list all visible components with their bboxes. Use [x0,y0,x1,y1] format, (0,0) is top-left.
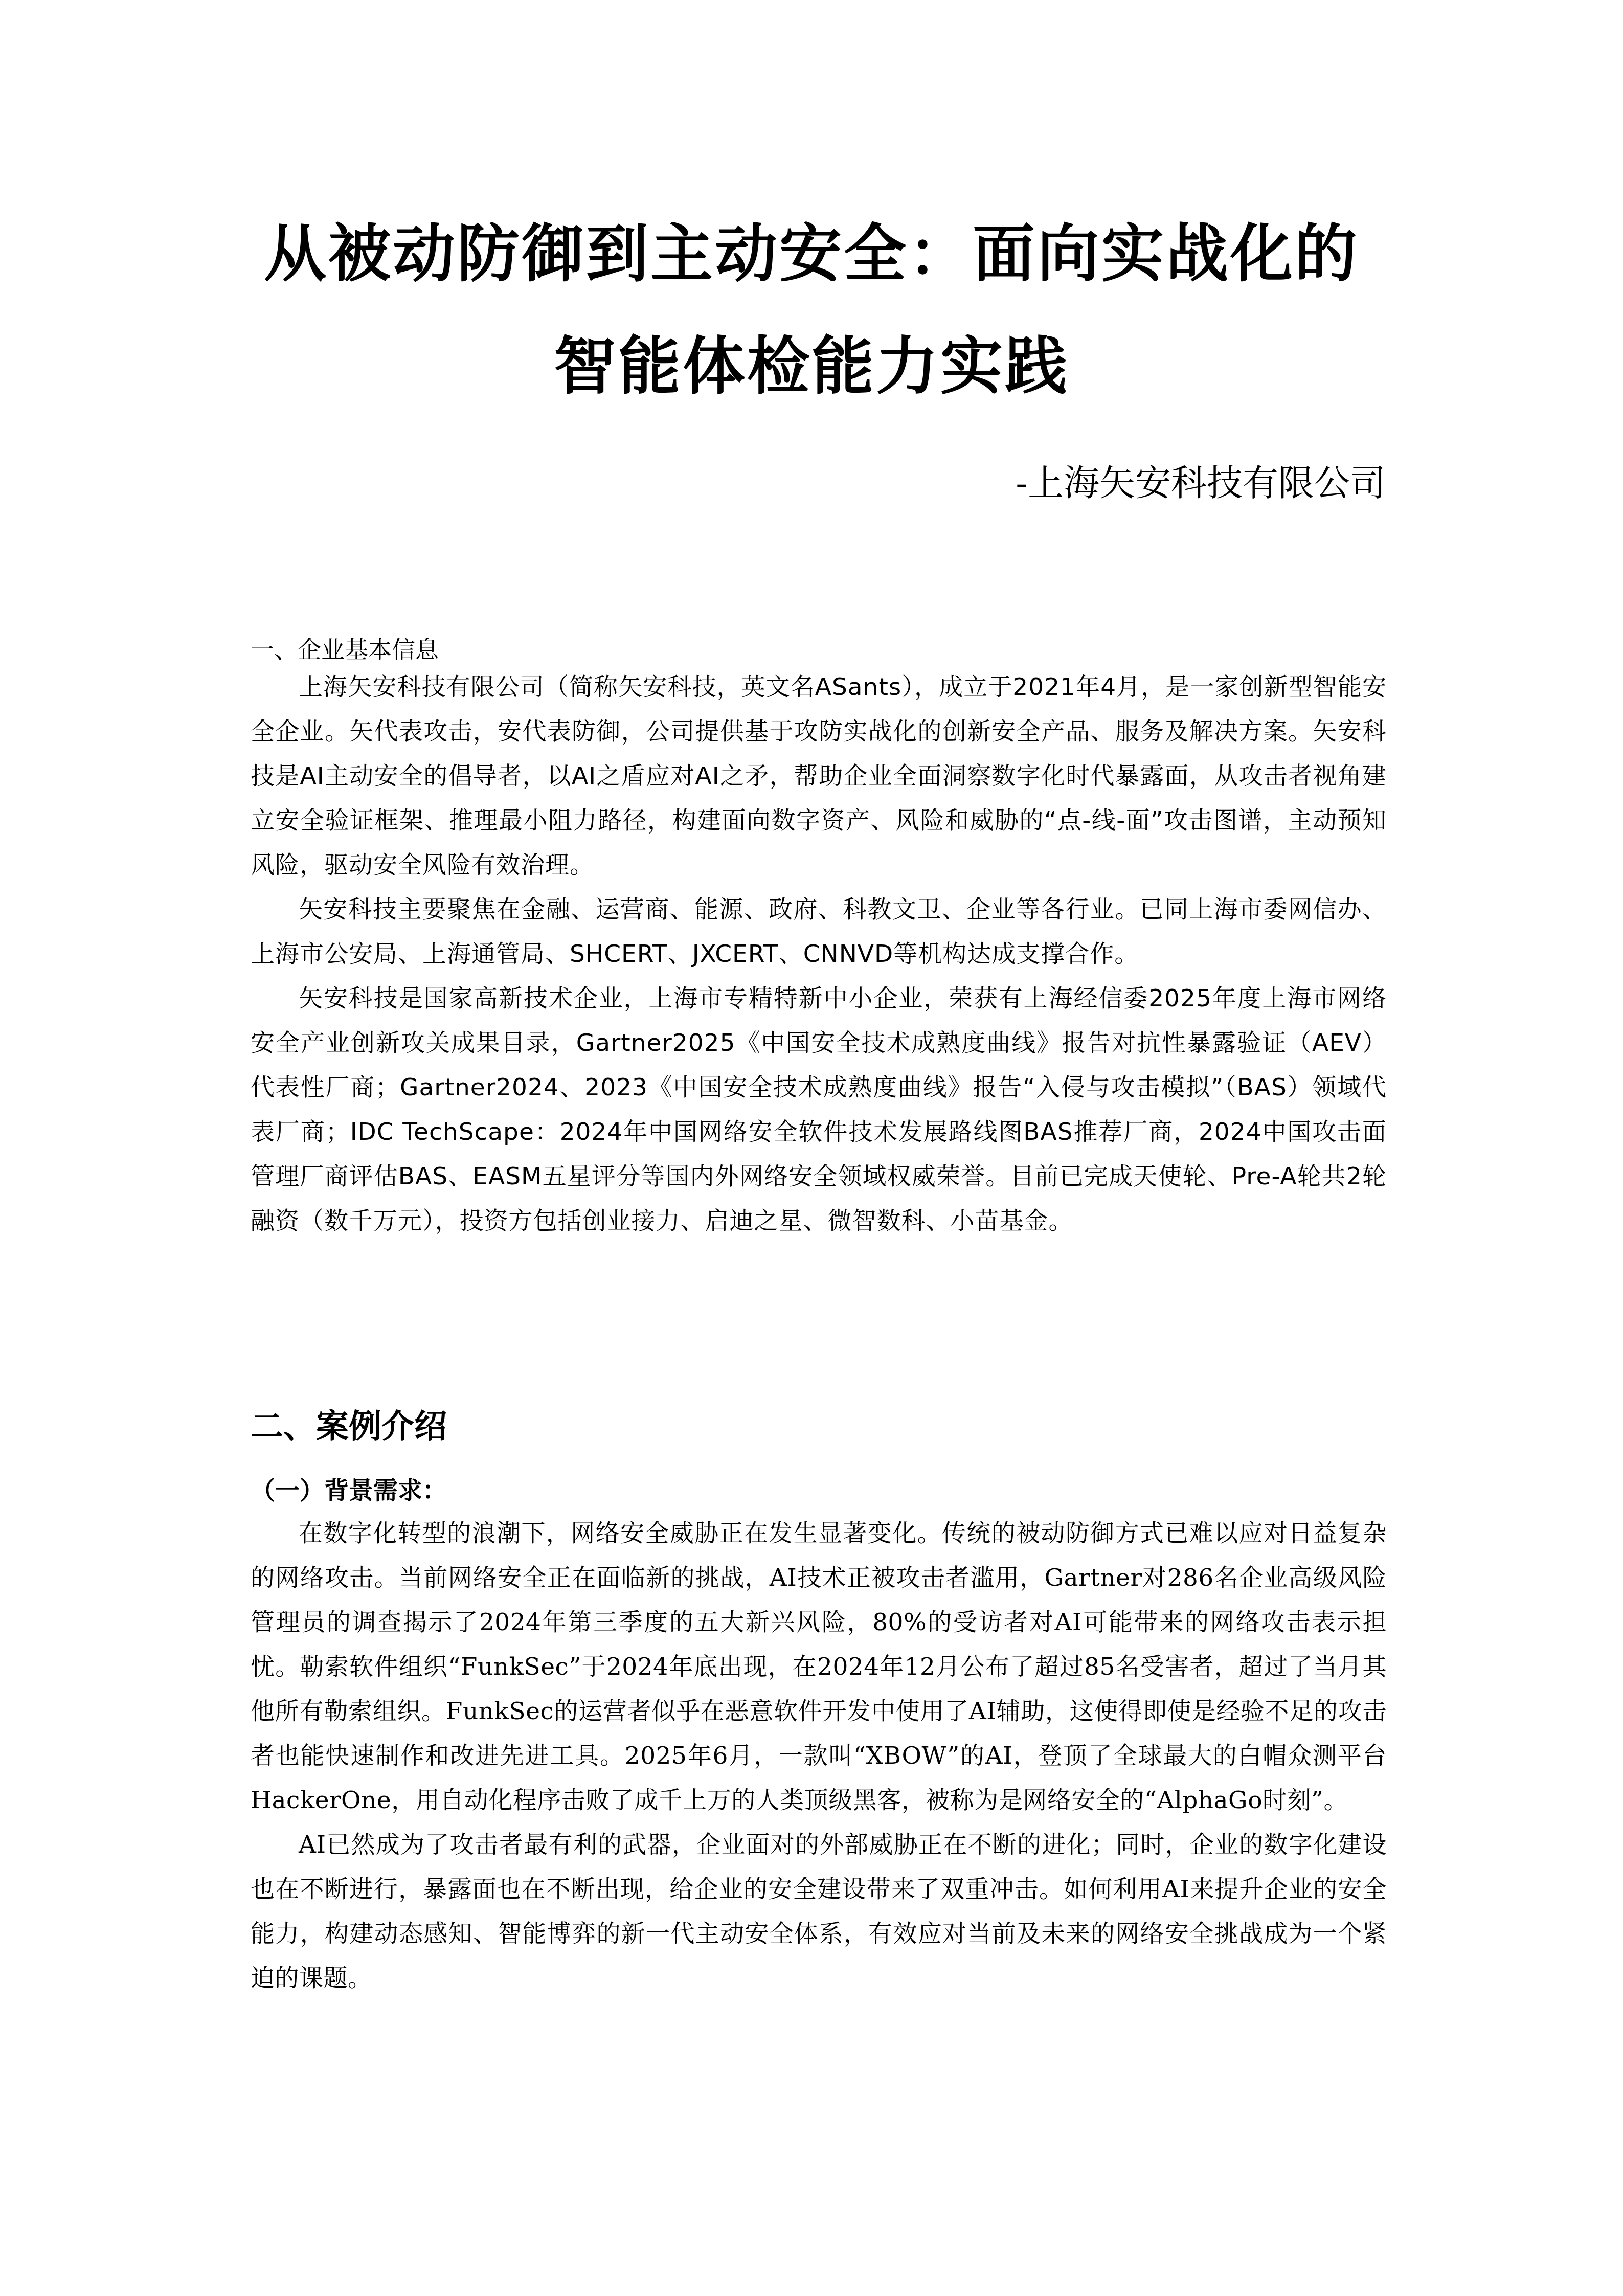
paragraph: 在数字化转型的浪潮下，网络安全威胁正在发生显著变化。传统的被动防御方式已难以应对… [251,1511,1387,1822]
section-heading-company-info: 一、企业基本信息 [251,629,439,670]
paragraph: 矢安科技是国家高新技术企业，上海市专精特新中小企业，荣获有上海经信委2025年度… [251,976,1387,1243]
section-body-company-info: 上海矢安科技有限公司（简称矢安科技，英文名ASants），成立于2021年4月，… [251,665,1387,1243]
paragraph: 上海矢安科技有限公司（简称矢安科技，英文名ASants），成立于2021年4月，… [251,665,1387,887]
section-body-background: 在数字化转型的浪潮下，网络安全威胁正在发生显著变化。传统的被动防御方式已难以应对… [251,1511,1387,2000]
document-byline: -上海矢安科技有限公司 [972,460,1386,506]
document-page: 从被动防御到主动安全：面向实战化的 智能体检能力实践 -上海矢安科技有限公司 一… [0,0,1623,2296]
document-title-line-1: 从被动防御到主动安全：面向实战化的 [205,215,1418,291]
subsection-heading-background: （一）背景需求： [251,1473,447,1509]
paragraph: AI已然成为了攻击者最有利的武器，企业面对的外部威胁正在不断的进化；同时，企业的… [251,1822,1387,2000]
paragraph: 矢安科技主要聚焦在金融、运营商、能源、政府、科教文卫、企业等各行业。已同上海市委… [251,887,1387,976]
document-title-line-2: 智能体检能力实践 [205,327,1418,404]
section-heading-case-intro: 二、案例介绍 [251,1404,447,1450]
